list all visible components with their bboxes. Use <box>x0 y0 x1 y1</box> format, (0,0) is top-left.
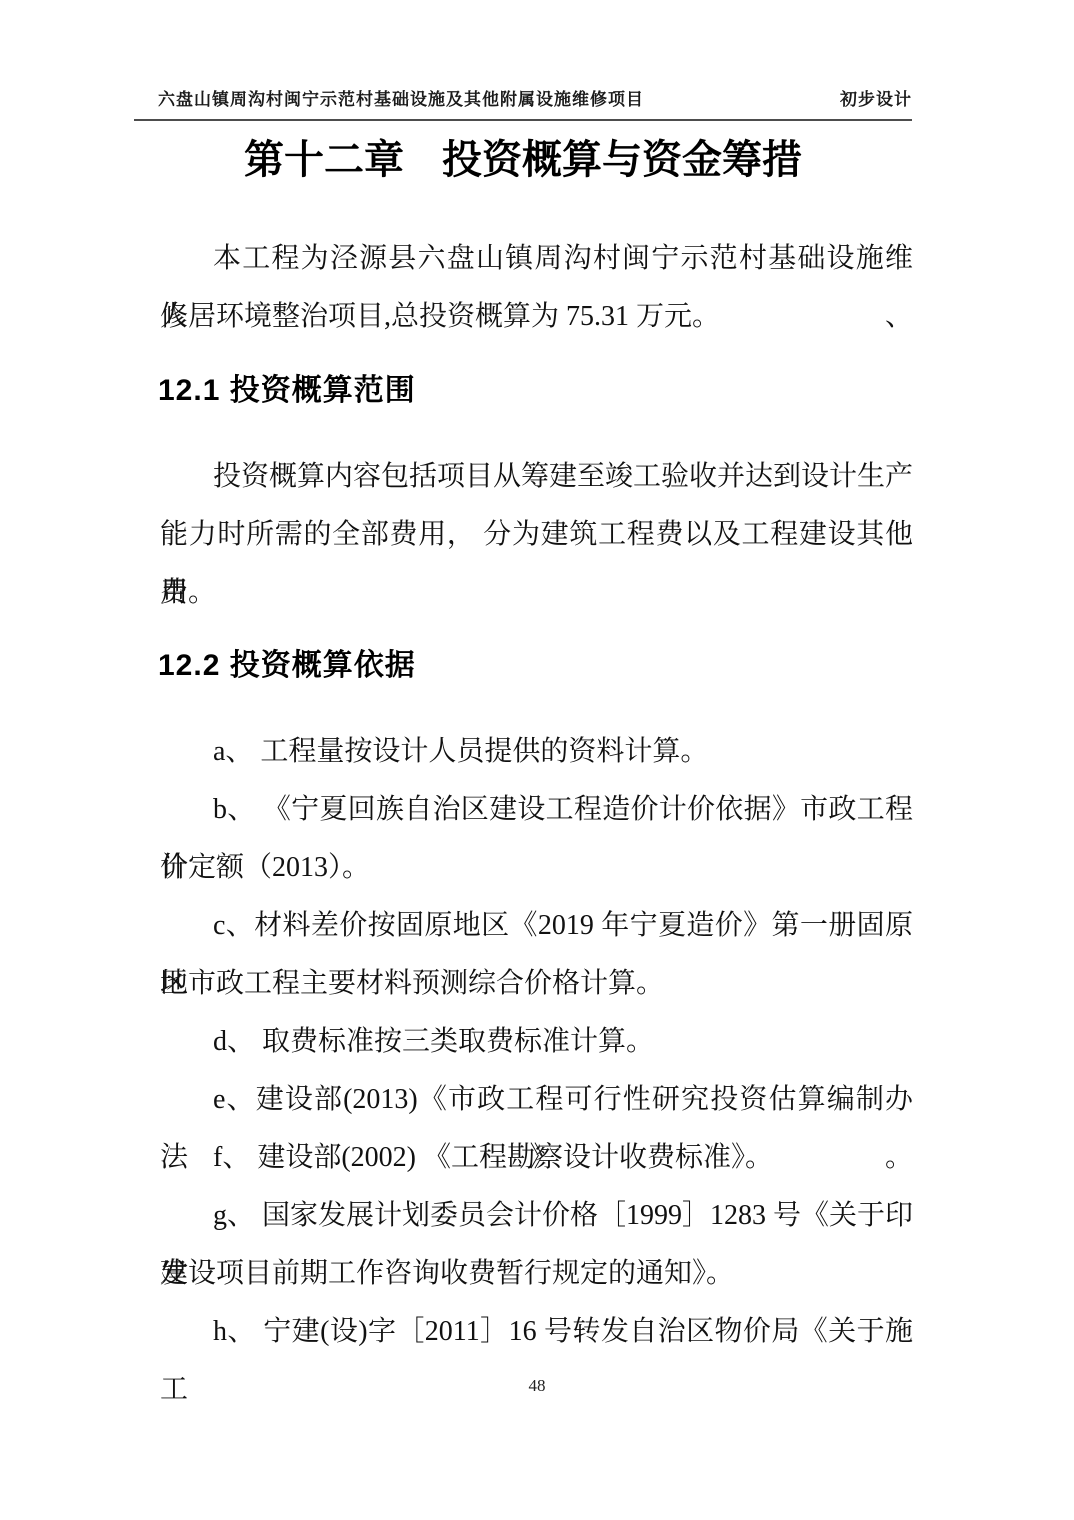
item-a: a、 工程量按设计人员提供的资料计算。 <box>160 723 913 781</box>
s121-line-1: 投资概算内容包括项目从筹建至竣工验收并达到设计生产 <box>160 448 913 506</box>
page-number: 48 <box>0 1376 1074 1396</box>
chapter-number: 第十二章 <box>244 138 404 182</box>
header-doc-type: 初步设计 <box>840 90 912 110</box>
chapter-title-text: 投资概算与资金筹措 <box>442 138 802 182</box>
item-c-line-2: 区市政工程主要材料预测综合价格计算。 <box>160 955 913 1013</box>
item-h: h、 宁建(设)字［2011］16 号转发自治区物价局《关于施工 <box>160 1303 913 1419</box>
item-f: f、 建设部(2002) 《工程勘察设计收费标准》。 <box>160 1129 913 1187</box>
section-heading-12-2: 12.2 投资概算依据 <box>158 649 416 683</box>
chapter-title: 第十二章投资概算与资金筹措 <box>134 136 912 184</box>
page-header: 六盘山镇周沟村闽宁示范村基础设施及其他附属设施维修项目 初步设计 <box>158 90 912 110</box>
intro-line-2: 人居环境整治项目,总投资概算为 75.31 万元。 <box>160 288 913 346</box>
section-heading-12-1: 12.1 投资概算范围 <box>158 374 416 408</box>
item-g-line-2: 建设项目前期工作咨询收费暂行规定的通知》。 <box>160 1245 913 1303</box>
item-b-line-2: 价定额（2013）。 <box>160 839 913 897</box>
document-page: 六盘山镇周沟村闽宁示范村基础设施及其他附属设施维修项目 初步设计 第十二章投资概… <box>0 0 1074 1520</box>
s121-line-3: 用。 <box>160 564 913 622</box>
item-d: d、 取费标准按三类取费标准计算。 <box>160 1013 913 1071</box>
header-project-title: 六盘山镇周沟村闽宁示范村基础设施及其他附属设施维修项目 <box>158 90 644 110</box>
header-rule <box>134 119 912 121</box>
